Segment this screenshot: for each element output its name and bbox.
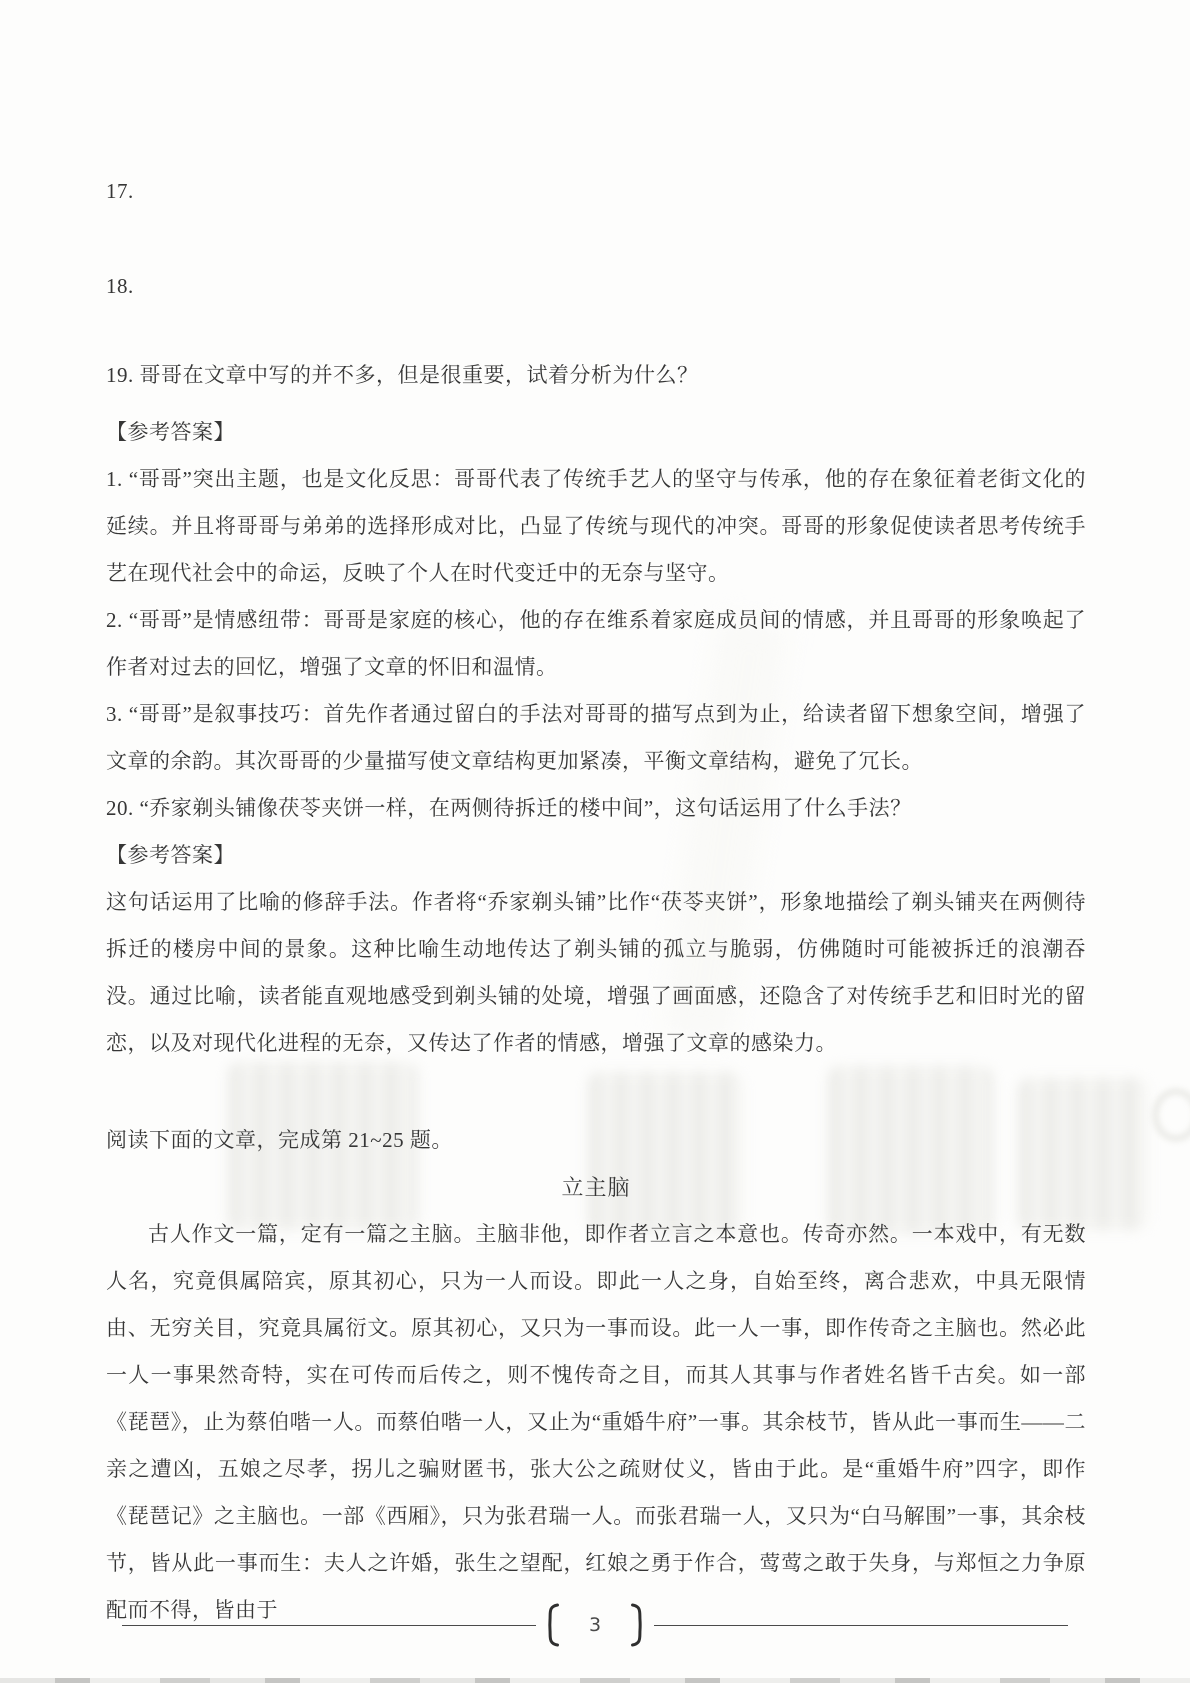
footer-rule-right xyxy=(654,1625,1068,1626)
page-number: 3 xyxy=(566,1614,624,1636)
right-bracket-icon xyxy=(628,1602,650,1648)
question-20: 20. “乔家剃头铺像茯苓夹饼一样，在两侧待拆迁的楼中间”，这句话运用了什么手法… xyxy=(106,785,1086,832)
answer-q19-point-3: 3. “哥哥”是叙事技巧：首先作者通过留白的手法对哥哥的描写点到为止，给读者留下… xyxy=(106,691,1086,785)
answer-q20: 这句话运用了比喻的修辞手法。作者将“乔家剃头铺”比作“茯苓夹饼”，形象地描绘了剃… xyxy=(106,879,1086,1067)
page-footer: 3 xyxy=(122,1602,1068,1648)
document-content: 17. 18. 19. 哥哥在文章中写的并不多，但是很重要，试着分析为什么？ 【… xyxy=(106,0,1086,1634)
passage-title: 立主脑 xyxy=(106,1164,1086,1211)
page-bottom-edge xyxy=(0,1678,1190,1683)
question-17-label: 17. xyxy=(106,168,1086,215)
question-19: 19. 哥哥在文章中写的并不多，但是很重要，试着分析为什么？ xyxy=(106,352,1086,399)
answer-header-q20: 【参考答案】 xyxy=(106,832,1086,879)
footer-rule-left xyxy=(122,1625,536,1626)
reading-instruction: 阅读下面的文章，完成第 21~25 题。 xyxy=(106,1117,1086,1164)
watermark-ring-icon xyxy=(1152,1088,1190,1142)
passage-paragraph: 古人作文一篇，定有一篇之主脑。主脑非他，即作者立言之本意也。传奇亦然。一本戏中，… xyxy=(106,1211,1086,1634)
answer-header-q19: 【参考答案】 xyxy=(106,409,1086,456)
answer-q19-point-2: 2. “哥哥”是情感纽带：哥哥是家庭的核心，他的存在维系着家庭成员间的情感，并且… xyxy=(106,597,1086,691)
answer-q19-point-1: 1. “哥哥”突出主题，也是文化反思：哥哥代表了传统手艺人的坚守与传承，他的存在… xyxy=(106,456,1086,597)
left-bracket-icon xyxy=(540,1602,562,1648)
question-18-label: 18. xyxy=(106,263,1086,310)
